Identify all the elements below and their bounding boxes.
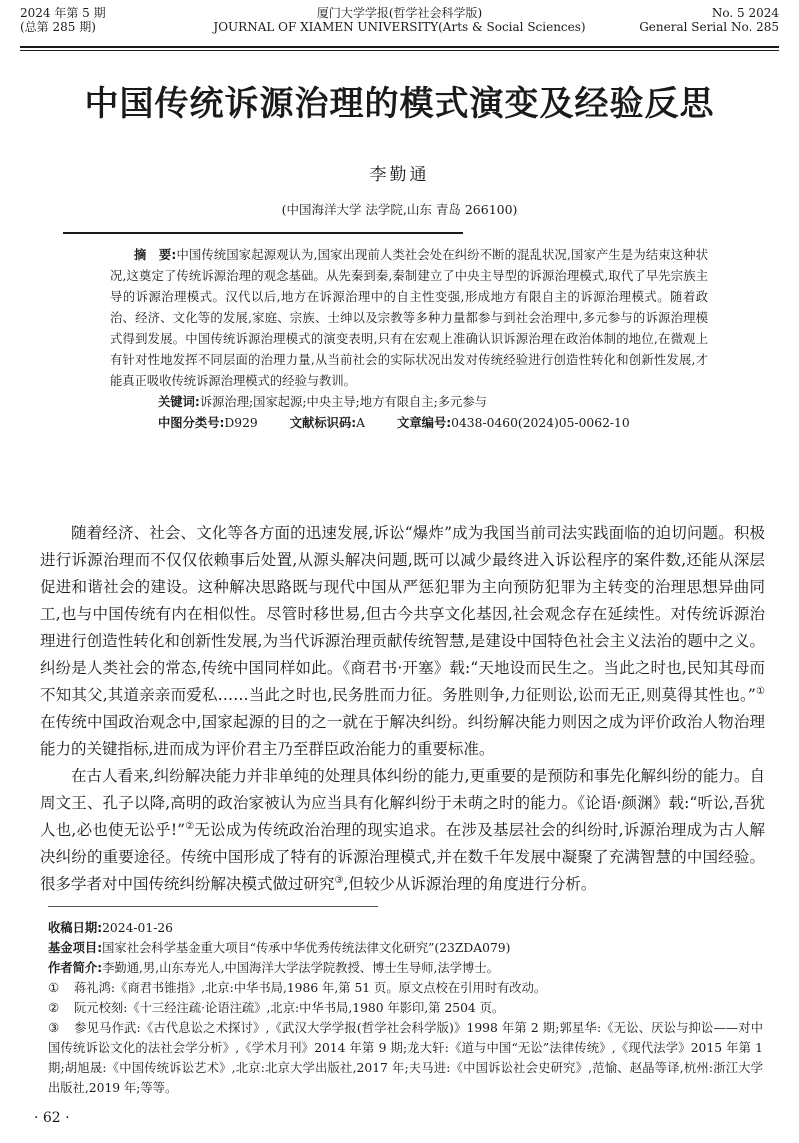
footnote-number: ③ <box>48 1018 74 1038</box>
abstract-rule <box>63 232 463 234</box>
keywords-line: 关键词:诉源治理;国家起源;中央主导;地方有限自主;多元参与 <box>110 392 708 413</box>
abstract-label: 摘 要: <box>134 248 176 262</box>
body-text-segment: ,但较少从诉源治理的角度进行分析。 <box>343 875 596 893</box>
received-label: 收稿日期: <box>48 921 102 935</box>
clc-value: D929 <box>224 416 257 430</box>
clc-label: 中图分类号: <box>158 416 224 430</box>
body-paragraph-1: 随着经济、社会、文化等各方面的迅速发展,诉讼“爆炸”成为我国当前司法实践面临的迫… <box>40 520 765 763</box>
footnote-ref-2[interactable]: ② <box>185 821 194 832</box>
footnote-rule <box>48 906 378 907</box>
fund-label: 基金项目: <box>48 941 102 955</box>
received-date: 收稿日期:2024-01-26 <box>48 918 763 938</box>
footnote-2: ②阮元校刻:《十三经注疏·论语注疏》,北京:中华书局,1980 年影印,第 25… <box>48 998 763 1018</box>
footnotes: 收稿日期:2024-01-26 基金项目:国家社会科学基金重大项目“传承中华优秀… <box>48 918 763 1098</box>
article-no-value: 0438-0460(2024)05-0062-10 <box>451 416 630 430</box>
bio-value: 李勤通,男,山东寿光人,中国海洋大学法学院教授、博士生导师,法学博士。 <box>102 961 499 975</box>
abstract-text: 中国传统国家起源观认为,国家出现前人类社会处在纠纷不断的混乱状况,国家产生是为结… <box>110 248 708 388</box>
bio-label: 作者简介: <box>48 961 102 975</box>
classification-line: 中图分类号:D929文献标识码:A文章编号:0438-0460(2024)05-… <box>110 413 708 434</box>
keywords-text: 诉源治理;国家起源;中央主导;地方有限自主;多元参与 <box>200 395 487 409</box>
serial-number-en: General Serial No. 285 <box>639 20 779 34</box>
footnote-number: ② <box>48 998 74 1018</box>
issue-number-en: No. 5 2024 <box>639 6 779 20</box>
doc-code-label: 文献标识码: <box>290 416 356 430</box>
abstract-block: 摘 要:中国传统国家起源观认为,国家出现前人类社会处在纠纷不断的混乱状况,国家产… <box>110 245 708 434</box>
footnote-text: 蒋礼鸿:《商君书锥指》,北京:中华书局,1986 年,第 51 页。原文点校在引… <box>74 981 546 995</box>
header-rule-thick <box>20 46 779 48</box>
running-header: 2024 年第 5 期 (总第 285 期) 厦门大学学报(哲学社会科学版) J… <box>20 6 779 44</box>
received-value: 2024-01-26 <box>102 921 173 935</box>
body-text: 随着经济、社会、文化等各方面的迅速发展,诉讼“爆炸”成为我国当前司法实践面临的迫… <box>40 520 765 898</box>
header-rule-thin <box>20 50 779 51</box>
body-text-segment: 在传统中国政治观念中,国家起源的目的之一就在于解决纠纷。纠纷解决能力则因之成为评… <box>40 713 765 758</box>
article-title: 中国传统诉源治理的模式演变及经验反思 <box>0 76 799 125</box>
author-bio: 作者简介:李勤通,男,山东寿光人,中国海洋大学法学院教授、博士生导师,法学博士。 <box>48 958 763 978</box>
issue-info-en: No. 5 2024 General Serial No. 285 <box>639 6 779 34</box>
body-text-segment: 随着经济、社会、文化等各方面的迅速发展,诉讼“爆炸”成为我国当前司法实践面临的迫… <box>40 524 765 704</box>
fund-value: 国家社会科学基金重大项目“传承中华优秀传统法律文化研究”(23ZDA079) <box>102 941 510 955</box>
footnote-1: ①蒋礼鸿:《商君书锥指》,北京:中华书局,1986 年,第 51 页。原文点校在… <box>48 978 763 998</box>
abstract-paragraph: 摘 要:中国传统国家起源观认为,国家出现前人类社会处在纠纷不断的混乱状况,国家产… <box>110 245 708 392</box>
fund-project: 基金项目:国家社会科学基金重大项目“传承中华优秀传统法律文化研究”(23ZDA0… <box>48 938 763 958</box>
footnote-3: ③参见马作武:《古代息讼之术探讨》,《武汉大学学报(哲学社会科学版)》1998 … <box>48 1018 763 1098</box>
footnote-text: 参见马作武:《古代息讼之术探讨》,《武汉大学学报(哲学社会科学版)》1998 年… <box>48 1021 763 1095</box>
body-paragraph-2: 在古人看来,纠纷解决能力并非单纯的处理具体纠纷的能力,更重要的是预防和事先化解纠… <box>40 763 765 898</box>
footnote-ref-1[interactable]: ① <box>756 686 765 697</box>
article-no-label: 文章编号: <box>397 416 451 430</box>
page-number: · 62 · <box>34 1110 70 1126</box>
keywords-label: 关键词: <box>158 395 200 409</box>
article-author: 李勤通 <box>0 160 799 185</box>
doc-code-value: A <box>356 416 365 430</box>
author-affiliation: (中国海洋大学 法学院,山东 青岛 266100) <box>0 200 799 218</box>
footnote-number: ① <box>48 978 74 998</box>
footnote-text: 阮元校刻:《十三经注疏·论语注疏》,北京:中华书局,1980 年影印,第 250… <box>74 1001 504 1015</box>
